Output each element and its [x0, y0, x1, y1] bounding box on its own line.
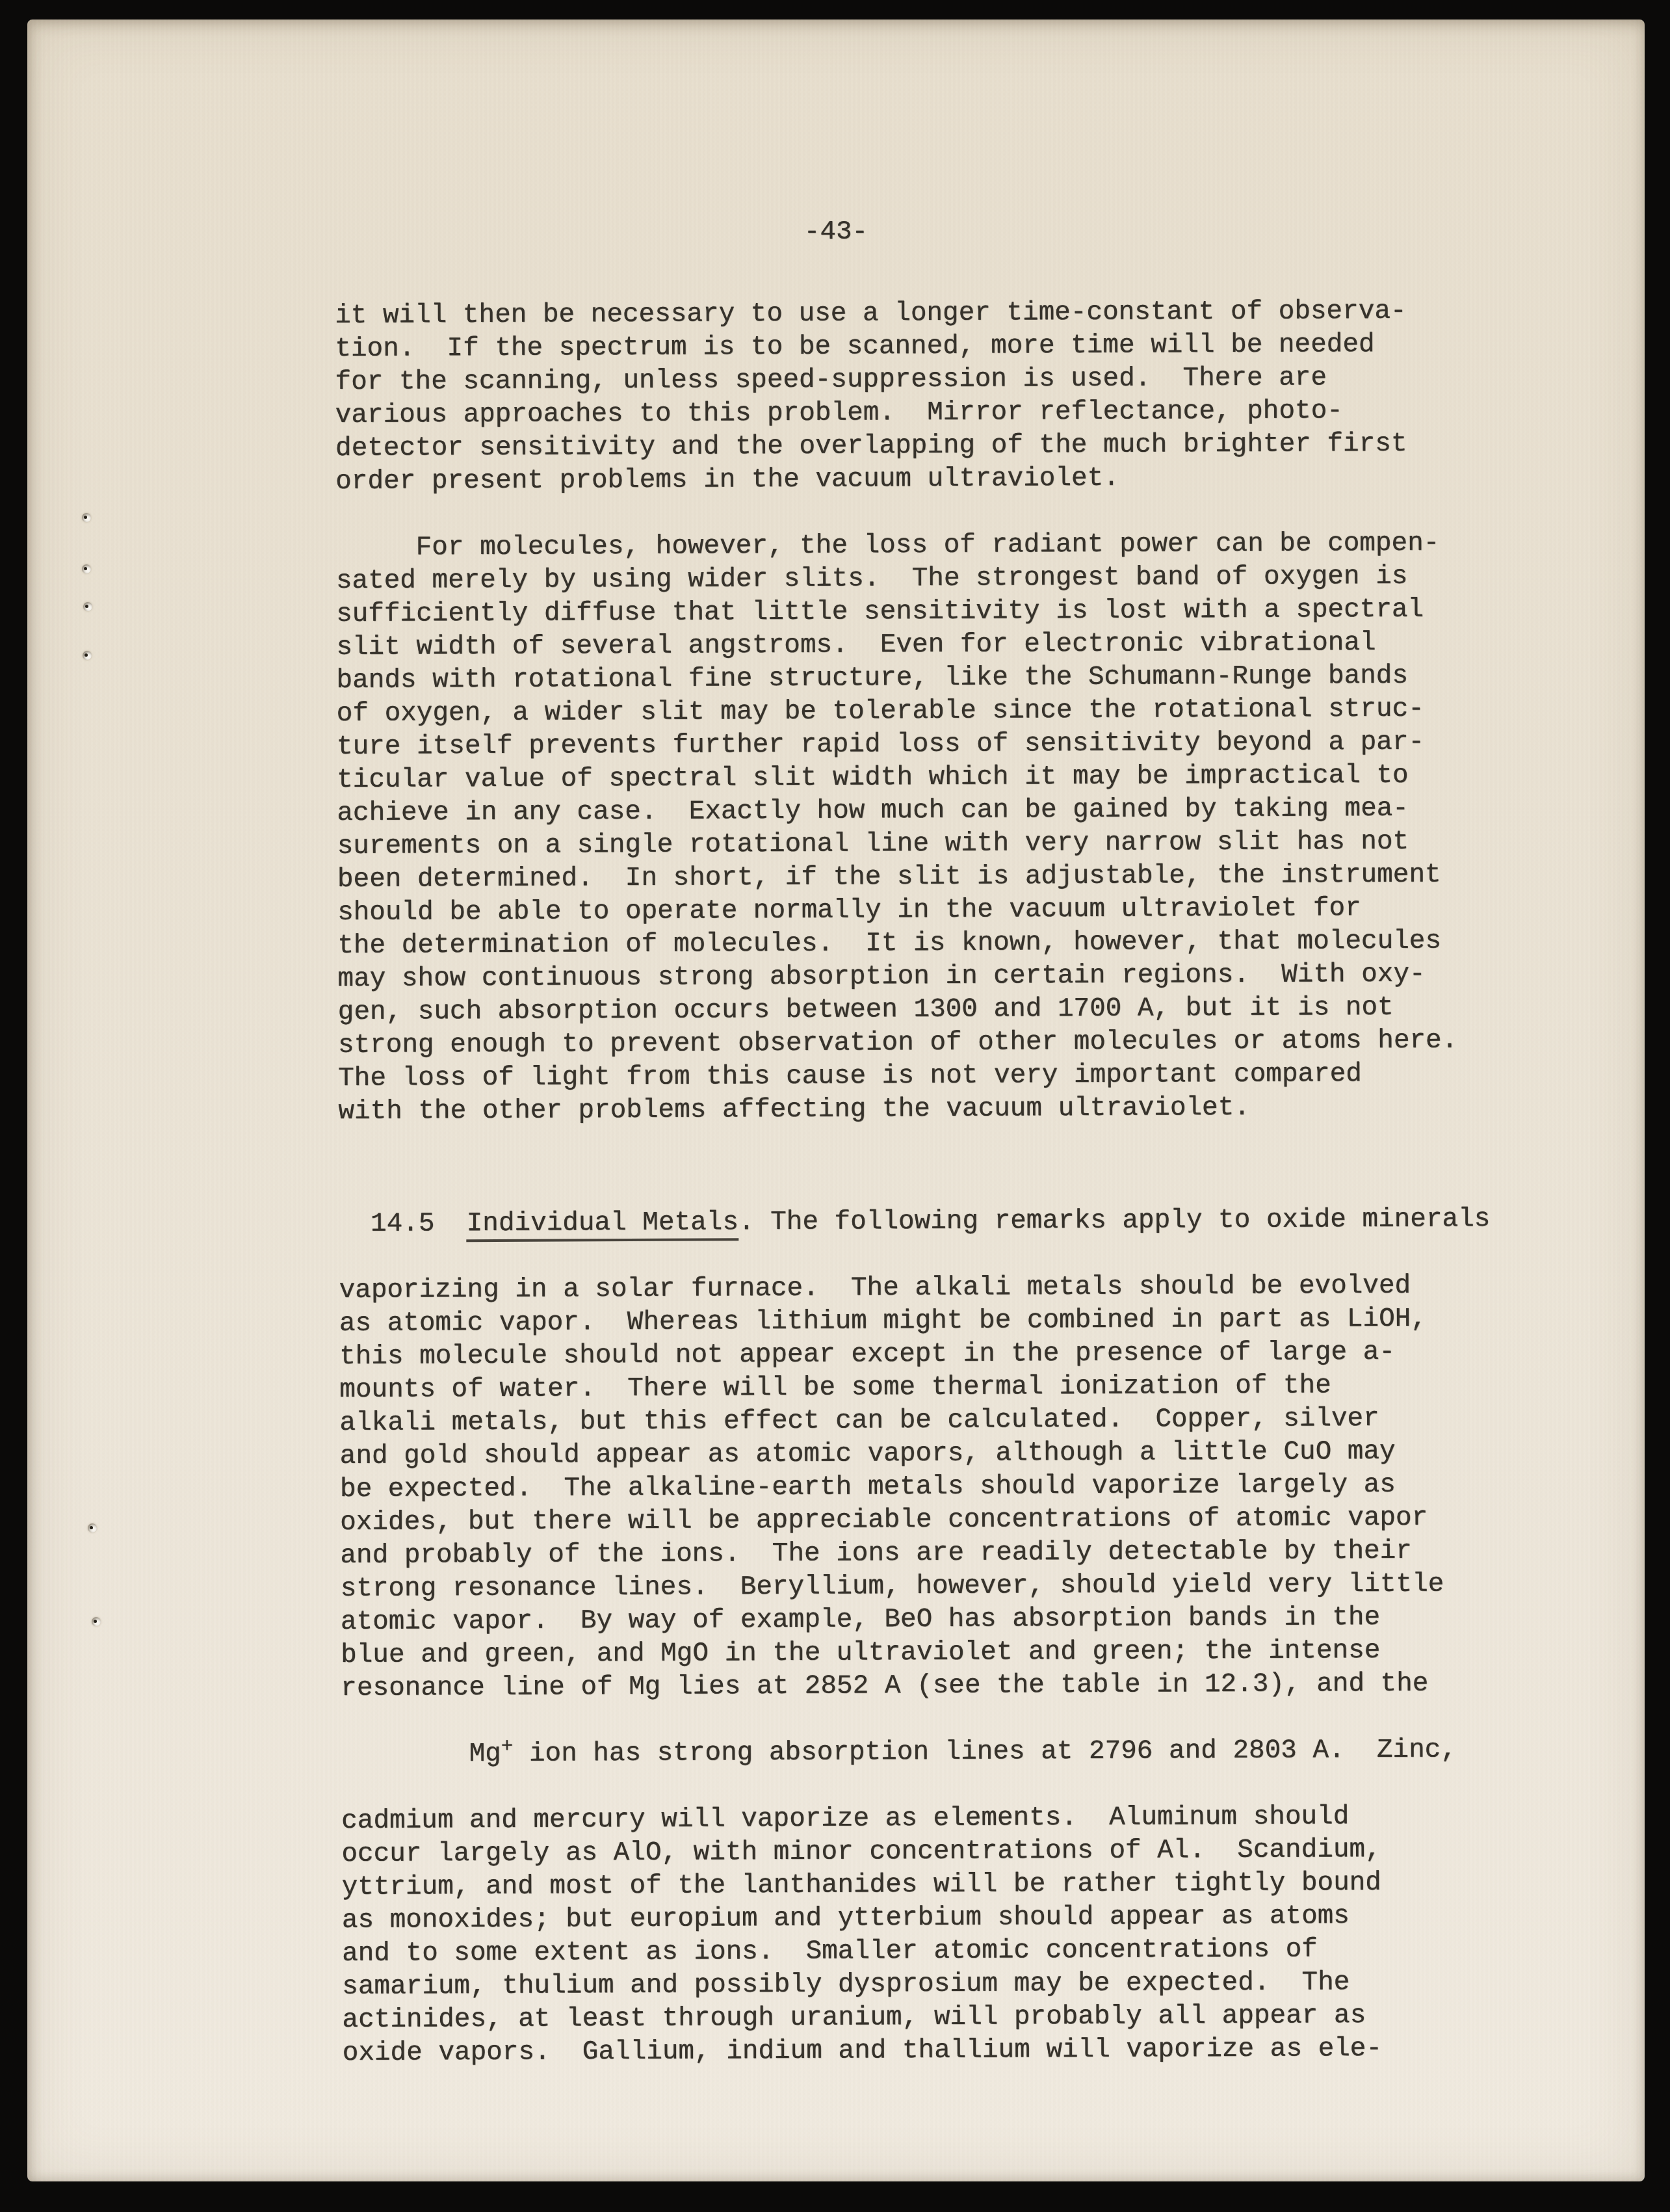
text-line: sufficiently diffuse that little sensiti…: [336, 593, 1500, 631]
text-line: cadmium and mercury will vaporize as ele…: [341, 1800, 1505, 1838]
text-line: this molecule should not appear except i…: [339, 1336, 1503, 1374]
text-line: The loss of light from this cause is not…: [338, 1057, 1502, 1096]
pinhole-artifact: [82, 513, 91, 522]
text-line: it will then be necessary to use a longe…: [335, 295, 1498, 333]
text-line: detector sensitivity and the overlapping…: [335, 427, 1499, 466]
text-line: with the other problems affecting the va…: [338, 1090, 1502, 1129]
text-line: surements on a single rotational line wi…: [337, 825, 1501, 863]
section-individual-metals: 14.5 Individual Metals. The following re…: [339, 1170, 1506, 2070]
text-line: ture itself prevents further rapid loss …: [337, 726, 1500, 764]
pinhole-artifact: [83, 602, 92, 611]
text-line: strong resonance lines. Beryllium, howev…: [341, 1568, 1504, 1606]
mg-ion-line-post: ion has strong absorption lines at 2796 …: [513, 1735, 1457, 1769]
text-line: blue and green, and MgO in the ultraviol…: [341, 1634, 1504, 1672]
section-heading-line: 14.5 Individual Metals. The following re…: [242, 1170, 1503, 1274]
text-line: resonance line of Mg lies at 2852 A (see…: [341, 1667, 1504, 1705]
scanner-background: { "page": { "number_label": "-43-" }, "p…: [0, 0, 1670, 2212]
text-line: order present problems in the vacuum ult…: [335, 460, 1499, 499]
text-line: yttrium, and most of the lanthanides wil…: [342, 1866, 1506, 1904]
text-line: and to some extent as ions. Smaller atom…: [342, 1932, 1506, 1971]
text-block: it will then be necessary to use a longe…: [335, 295, 1506, 2070]
page-number: -43-: [27, 216, 1645, 249]
text-line: vaporizing in a solar furnace. The alkal…: [339, 1269, 1503, 1308]
text-line: For molecules, however, the loss of radi…: [336, 527, 1500, 565]
text-line: should be able to operate normally in th…: [337, 891, 1501, 930]
text-line: slit width of several angstroms. Even fo…: [336, 626, 1500, 665]
text-line: the determination of molecules. It is kn…: [337, 925, 1501, 963]
section-heading-rest: . The following remarks apply to oxide m…: [738, 1204, 1491, 1237]
text-line: atomic vapor. By way of example, BeO has…: [341, 1601, 1504, 1639]
section-lines-after-mg: cadmium and mercury will vaporize as ele…: [341, 1800, 1506, 2070]
text-line: bands with rotational fine structure, li…: [336, 659, 1500, 698]
mg-ion-line: Mg+ ion has strong absorption lines at 2…: [341, 1700, 1505, 1805]
text-line: actinides, at least through uranium, wil…: [342, 1999, 1506, 2037]
text-line: as atomic vapor. Whereas lithium might b…: [339, 1302, 1503, 1341]
text-line: tion. If the spectrum is to be scanned, …: [335, 328, 1498, 366]
text-line: of oxygen, a wider slit may be tolerable…: [337, 692, 1500, 731]
text-line: be expected. The alkaline-earth metals s…: [340, 1468, 1504, 1507]
mg-ion-line-pre: Mg: [469, 1739, 501, 1769]
text-line: gen, such absorption occurs between 1300…: [338, 991, 1502, 1029]
pinhole-artifact: [83, 651, 92, 660]
text-line: and gold should appear as atomic vapors,…: [340, 1435, 1504, 1473]
document-page: -43- it will then be necessary to use a …: [27, 20, 1645, 2181]
text-line: occur largely as AlO, with minor concent…: [341, 1833, 1505, 1871]
section-lines-before-mg: vaporizing in a solar furnace. The alkal…: [339, 1269, 1505, 1705]
text-line: samarium, thulium and possibly dysprosiu…: [342, 1966, 1506, 2004]
superscript-plus: +: [501, 1735, 514, 1758]
text-line: strong enough to prevent observation of …: [338, 1024, 1502, 1062]
pinhole-artifact: [82, 564, 91, 573]
text-line: may show continuous strong absorption in…: [337, 958, 1501, 996]
text-line: achieve in any case. Exactly how much ca…: [337, 792, 1500, 830]
text-line: mounts of water. There will be some ther…: [339, 1369, 1503, 1407]
text-line: as monoxides; but europium and ytterbium…: [342, 1899, 1506, 1938]
text-line: ticular value of spectral slit width whi…: [337, 759, 1500, 797]
text-line: oxides, but there will be appreciable co…: [340, 1501, 1504, 1540]
section-title: Individual Metals: [467, 1207, 738, 1242]
text-line: for the scanning, unless speed-suppressi…: [335, 361, 1498, 399]
text-line: various approaches to this problem. Mirr…: [335, 394, 1499, 432]
pinhole-artifact: [92, 1617, 101, 1626]
pinhole-artifact: [88, 1523, 97, 1533]
text-line: oxide vapors. Gallium, indium and thalli…: [343, 2032, 1506, 2070]
paragraph-observation-time: it will then be necessary to use a longe…: [335, 295, 1499, 499]
text-line: and probably of the ions. The ions are r…: [340, 1534, 1504, 1573]
paragraph-molecules-slits: For molecules, however, the loss of radi…: [336, 527, 1502, 1129]
section-number: 14.5: [371, 1209, 467, 1239]
text-line: alkali metals, but this effect can be ca…: [339, 1402, 1503, 1440]
text-line: sated merely by using wider slits. The s…: [336, 560, 1500, 598]
text-line: been determined. In short, if the slit i…: [337, 858, 1501, 897]
